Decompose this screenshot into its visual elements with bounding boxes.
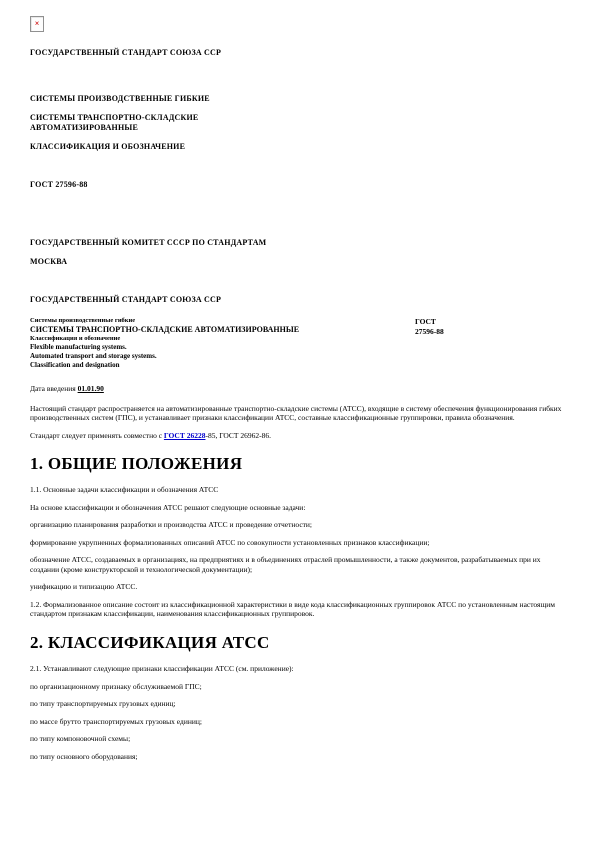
document-title-line-3: КЛАССИФИКАЦИЯ И ОБОЗНАЧЕНИЕ [30,142,565,152]
title-ru-sub: Классификация и обозначение [30,335,400,343]
title-block: Системы производственные гибкие СИСТЕМЫ … [30,317,565,370]
title-ru-small: Системы производственные гибкие [30,317,400,325]
gost-26228-link[interactable]: ГОСТ 26228 [164,431,206,440]
date-value: 01.01.90 [78,384,104,393]
paragraph: по типу транспортируемых грузовых единиц… [30,699,565,709]
paragraph-1-1: 1.1. Основные задачи классификации и обо… [30,485,565,495]
title-en-line-3: Classification and designation [30,361,400,370]
related-standards-paragraph: Стандарт следует применять совместно с Г… [30,431,565,441]
paragraph: обозначение АТСС, создаваемых в организа… [30,555,565,574]
document-title-line-1: СИСТЕМЫ ПРОИЗВОДСТВЕННЫЕ ГИБКИЕ [30,94,565,104]
committee-line: ГОСУДАРСТВЕННЫЙ КОМИТЕТ СССР ПО СТАНДАРТ… [30,238,565,248]
title-block-left: Системы производственные гибкие СИСТЕМЫ … [30,317,400,370]
masthead-standard-line: ГОСУДАРСТВЕННЫЙ СТАНДАРТ СОЮЗА ССР [30,48,565,58]
city-line: МОСКВА [30,257,565,267]
scope-paragraph: Настоящий стандарт распространяется на а… [30,404,565,423]
section-2-heading: 2. КЛАССИФИКАЦИЯ АТСС [30,633,565,653]
gost-label: ГОСТ [415,317,565,327]
document-page: × ГОСУДАРСТВЕННЫЙ СТАНДАРТ СОЮЗА ССР СИС… [0,0,595,842]
paragraph: по массе брутто транспортируемых грузовы… [30,717,565,727]
paragraph: по типу компоновочной схемы; [30,734,565,744]
paragraph: по типу основного оборудования; [30,752,565,762]
related-standards-suffix: -85, ГОСТ 26962-86. [205,431,271,440]
broken-image-icon: × [30,16,44,32]
masthead-standard-line-repeat: ГОСУДАРСТВЕННЫЙ СТАНДАРТ СОЮЗА ССР [30,295,565,305]
related-standards-prefix: Стандарт следует применять совместно с [30,431,164,440]
title-block-gost: ГОСТ 27596-88 [400,317,565,336]
paragraph: организацию планирования разработки и пр… [30,520,565,530]
title-ru-main: СИСТЕМЫ ТРАНСПОРТНО-СКЛАДСКИЕ АВТОМАТИЗИ… [30,325,400,335]
broken-image-x-glyph: × [35,20,40,28]
paragraph: по организационному признаку обслуживаем… [30,682,565,692]
gost-number: ГОСТ 27596-88 [30,180,565,190]
date-label: Дата введения [30,384,76,393]
paragraph: На основе классификации и обозначения АТ… [30,503,565,513]
gost-code: 27596-88 [415,327,565,337]
paragraph: унификацию и типизацию АТСС. [30,582,565,592]
section-1-heading: 1. ОБЩИЕ ПОЛОЖЕНИЯ [30,454,565,474]
document-title-line-2: СИСТЕМЫ ТРАНСПОРТНО-СКЛАДСКИЕ АВТОМАТИЗИ… [30,113,220,133]
title-en-line-1: Flexible manufacturing systems. [30,343,400,352]
title-en-line-2: Automated transport and storage systems. [30,352,400,361]
paragraph: формирование укрупненных формализованных… [30,538,565,548]
paragraph-2-1: 2.1. Устанавливают следующие признаки кл… [30,664,565,674]
date-of-introduction: Дата введения 01.01.90 [30,384,565,394]
paragraph-1-2: 1.2. Формализованное описание состоит из… [30,600,565,619]
